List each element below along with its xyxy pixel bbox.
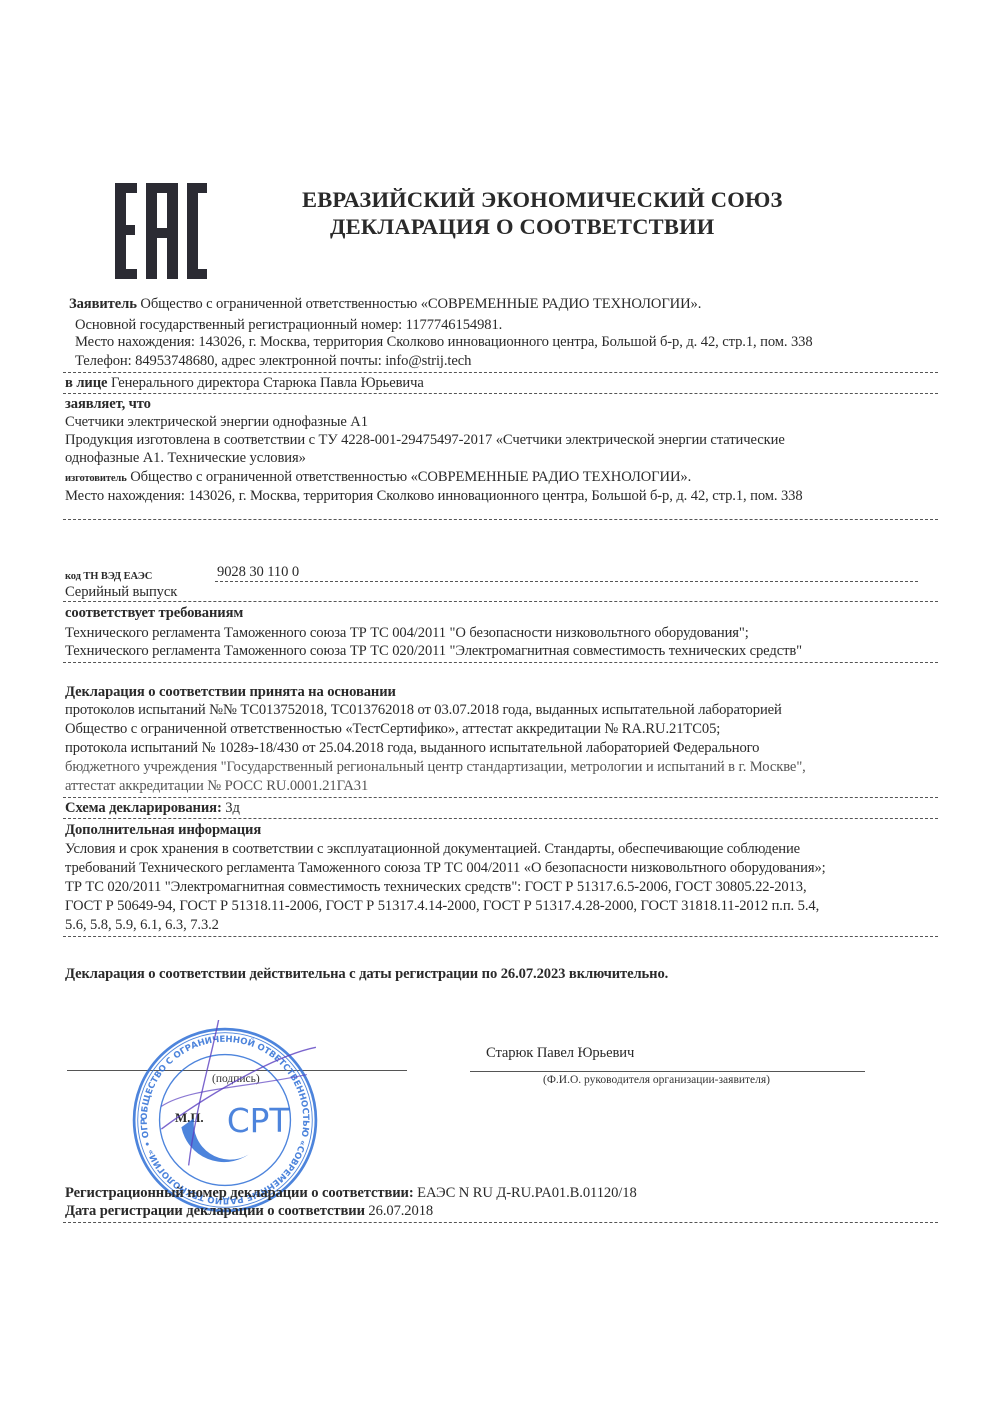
basis-label: Декларация о соответствии принята на осн… <box>65 684 396 701</box>
basis-line: аттестат аккредитации № РОСС RU.0001.21Г… <box>65 778 368 795</box>
registration-date-label: Дата регистрации декларации о соответств… <box>65 1203 365 1219</box>
product-spec-line1: Продукция изготовлена в соответствии с Т… <box>65 432 785 449</box>
registration-number-label: Регистрационный номер декларации о соотв… <box>65 1185 414 1201</box>
manufacturer-line: изготовитель Общество с ограниченной отв… <box>65 469 691 487</box>
divider <box>63 797 938 798</box>
applicant-name: Общество с ограниченной ответственностью… <box>137 296 701 312</box>
union-title: ЕВРАЗИЙСКИЙ ЭКОНОМИЧЕСКИЙ СОЮЗ <box>302 187 783 213</box>
signer-caption: (Ф.И.О. руководителя организации-заявите… <box>543 1074 770 1086</box>
signer-name: Старюк Павел Юрьевич <box>486 1045 634 1062</box>
registration-number-line: Регистрационный номер декларации о соотв… <box>65 1185 637 1202</box>
requirement-item: Технического регламента Таможенного союз… <box>65 643 802 660</box>
applicant-address: Место нахождения: 143026, г. Москва, тер… <box>75 334 813 351</box>
additional-label: Дополнительная информация <box>65 822 261 839</box>
validity-statement: Декларация о соответствии действительна … <box>65 966 668 983</box>
manufacturer-address: Место нахождения: 143026, г. Москва, тер… <box>65 488 803 505</box>
registration-number-value: ЕАЭС N RU Д-RU.PA01.B.01120/18 <box>414 1185 637 1201</box>
requirements-label: соответствует требованиям <box>65 605 243 622</box>
release-type: Серийный выпуск <box>65 584 177 601</box>
additional-line: 5.6, 5.8, 5.9, 6.1, 6.3, 7.3.2 <box>65 917 219 934</box>
basis-line: протокола испытаний № 1028э-18/430 от 25… <box>65 740 759 757</box>
divider <box>63 662 938 663</box>
tnved-label: код ТН ВЭД ЕАЭС <box>65 568 152 585</box>
requirement-item: Технического регламента Таможенного союз… <box>65 625 749 642</box>
divider <box>63 393 938 394</box>
additional-line: Условия и срок хранения в соответствии с… <box>65 841 800 858</box>
scheme-value: 3д <box>222 800 240 816</box>
applicant-label: Заявитель <box>69 296 137 312</box>
divider <box>63 519 938 520</box>
scheme-line: Схема декларирования: 3д <box>65 800 240 817</box>
applicant-ogrn: Основной государственный регистрационный… <box>75 317 502 334</box>
additional-line: ТР ТС 020/2011 "Электромагнитная совмест… <box>65 879 807 896</box>
document-title: ДЕКЛАРАЦИЯ О СООТВЕТСТВИИ <box>330 214 714 240</box>
represented-label: в лице <box>65 375 107 391</box>
registration-date-line: Дата регистрации декларации о соответств… <box>65 1203 433 1220</box>
basis-line: протоколов испытаний №№ ТС013752018, ТС0… <box>65 702 782 719</box>
product-spec-line2: однофазные А1. Технические условия» <box>65 450 306 467</box>
scheme-label: Схема декларирования: <box>65 800 222 816</box>
tnved-value: 9028 30 110 0 <box>217 564 299 581</box>
divider <box>63 372 938 373</box>
manufacturer-label: изготовитель <box>65 473 127 484</box>
represented-line: в лице Генерального директора Старюка Па… <box>65 375 424 392</box>
signer-line <box>470 1071 865 1072</box>
additional-line: ГОСТ Р 50649-94, ГОСТ Р 51318.11-2006, Г… <box>65 898 819 915</box>
divider <box>215 581 918 582</box>
product-name: Счетчики электрической энергии однофазны… <box>65 414 368 431</box>
divider <box>63 1222 938 1223</box>
eac-logo <box>115 183 205 279</box>
basis-line: бюджетного учреждения "Государственный р… <box>65 759 806 776</box>
applicant-line: Заявитель Общество с ограниченной ответс… <box>69 296 701 313</box>
divider <box>63 936 938 937</box>
additional-line: требований Технического регламента Тамож… <box>65 860 826 877</box>
stamp-center-text: СРТ <box>227 1102 291 1140</box>
basis-line: Общество с ограниченной ответственностью… <box>65 721 720 738</box>
divider <box>63 601 938 602</box>
declares-label: заявляет, что <box>65 396 151 413</box>
registration-date-value: 26.07.2018 <box>365 1203 433 1219</box>
divider <box>63 818 938 819</box>
represented-by: Генерального директора Старюка Павла Юрь… <box>107 375 423 391</box>
applicant-contacts: Телефон: 84953748680, адрес электронной … <box>75 353 471 370</box>
manufacturer-name: Общество с ограниченной ответственностью… <box>127 469 691 485</box>
